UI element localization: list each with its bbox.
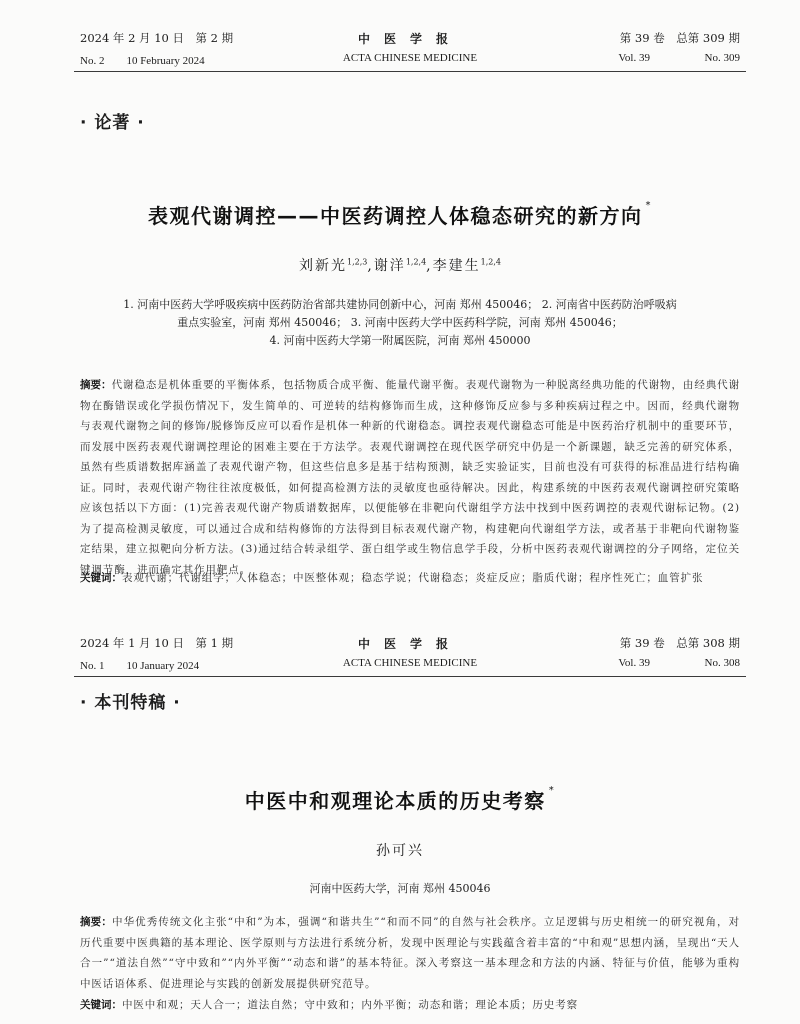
header-volume-cn: 第 39 卷 总第 308 期 bbox=[620, 635, 740, 651]
author: 刘新光 bbox=[299, 258, 347, 274]
affiliation-line: 重点实验室，河南 郑州 450046； 3. 河南中医药大学中医药科学院，河南 … bbox=[90, 314, 710, 332]
keywords-text: 表观代谢；代谢组学；人体稳态；中医整体观；稳态学说；代谢稳态；炎症反应；脂质代谢… bbox=[122, 572, 703, 584]
keywords-label: 关键词： bbox=[80, 572, 122, 584]
header-vol-en: Vol. 39 bbox=[618, 657, 650, 669]
keywords-2: 关键词：中医中和观；天人合一；道法自然；守中致和；内外平衡；动态和谐；理论本质；… bbox=[80, 997, 740, 1012]
keywords-1: 关键词：表观代谢；代谢组学；人体稳态；中医整体观；稳态学说；代谢稳态；炎症反应；… bbox=[80, 570, 740, 585]
header-rule bbox=[74, 676, 746, 677]
affiliations-1: 1. 河南中医药大学呼吸疾病中医药防治省部共建协同创新中心，河南 郑州 4500… bbox=[90, 296, 710, 350]
abstract-label: 摘要： bbox=[80, 379, 112, 391]
header-volume-cn: 第 39 卷 总第 309 期 bbox=[620, 30, 740, 46]
header-no-en: No. 309 bbox=[705, 52, 740, 64]
abstract-1: 摘要：代谢稳态是机体重要的平衡体系，包括物质合成平衡、能量代谢平衡。表观代谢物为… bbox=[80, 375, 740, 580]
title-footnote-mark: * bbox=[646, 200, 653, 211]
article-title-1: 表观代谢调控——中医药调控人体稳态研究的新方向* bbox=[0, 200, 800, 229]
title-text: 表观代谢调控——中医药调控人体稳态研究的新方向 bbox=[148, 204, 643, 228]
column-label-1: · 论著 · bbox=[80, 108, 145, 133]
affiliation-line: 河南中医药大学，河南 郑州 450046 bbox=[90, 880, 710, 898]
affiliation-line: 4. 河南中医药大学第一附属医院，河南 郑州 450000 bbox=[90, 332, 710, 350]
journal-header-1: 2024 年 2 月 10 日 第 2 期 中医学报 第 39 卷 总第 309… bbox=[80, 30, 740, 80]
author-list-2: 孙可兴 bbox=[0, 840, 800, 860]
title-text: 中医中和观理论本质的历史考察 bbox=[245, 789, 546, 813]
author-list-1: 刘新光1,2,3,谢洋1,2,4,李建生1,2,4 bbox=[0, 255, 800, 275]
abstract-2: 摘要：中华优秀传统文化主张“中和”为本，强调“和谐共生”“和而不同”的自然与社会… bbox=[80, 912, 740, 994]
header-rule bbox=[74, 71, 746, 72]
author: 李建生 bbox=[433, 258, 481, 274]
column-label-2: · 本刊特稿 · bbox=[80, 688, 181, 713]
author: 谢洋 bbox=[374, 258, 406, 274]
keywords-text: 中医中和观；天人合一；道法自然；守中致和；内外平衡；动态和谐；理论本质；历史考察 bbox=[122, 999, 578, 1011]
affiliations-2: 河南中医药大学，河南 郑州 450046 bbox=[90, 880, 710, 898]
title-footnote-mark: * bbox=[549, 785, 556, 796]
abstract-text: 中华优秀传统文化主张“中和”为本，强调“和谐共生”“和而不同”的自然与社会秩序。… bbox=[80, 916, 740, 990]
author: 孙可兴 bbox=[376, 843, 424, 859]
article-title-2: 中医中和观理论本质的历史考察* bbox=[0, 785, 800, 814]
abstract-label: 摘要： bbox=[80, 916, 112, 928]
header-vol-en: Vol. 39 bbox=[618, 52, 650, 64]
keywords-label: 关键词： bbox=[80, 999, 122, 1011]
header-no-en: No. 308 bbox=[705, 657, 740, 669]
abstract-text: 代谢稳态是机体重要的平衡体系，包括物质合成平衡、能量代谢平衡。表观代谢物为一种脱… bbox=[80, 379, 740, 576]
journal-header-2: 2024 年 1 月 10 日 第 1 期 中医学报 第 39 卷 总第 308… bbox=[80, 635, 740, 685]
affiliation-line: 1. 河南中医药大学呼吸疾病中医药防治省部共建协同创新中心，河南 郑州 4500… bbox=[90, 296, 710, 314]
